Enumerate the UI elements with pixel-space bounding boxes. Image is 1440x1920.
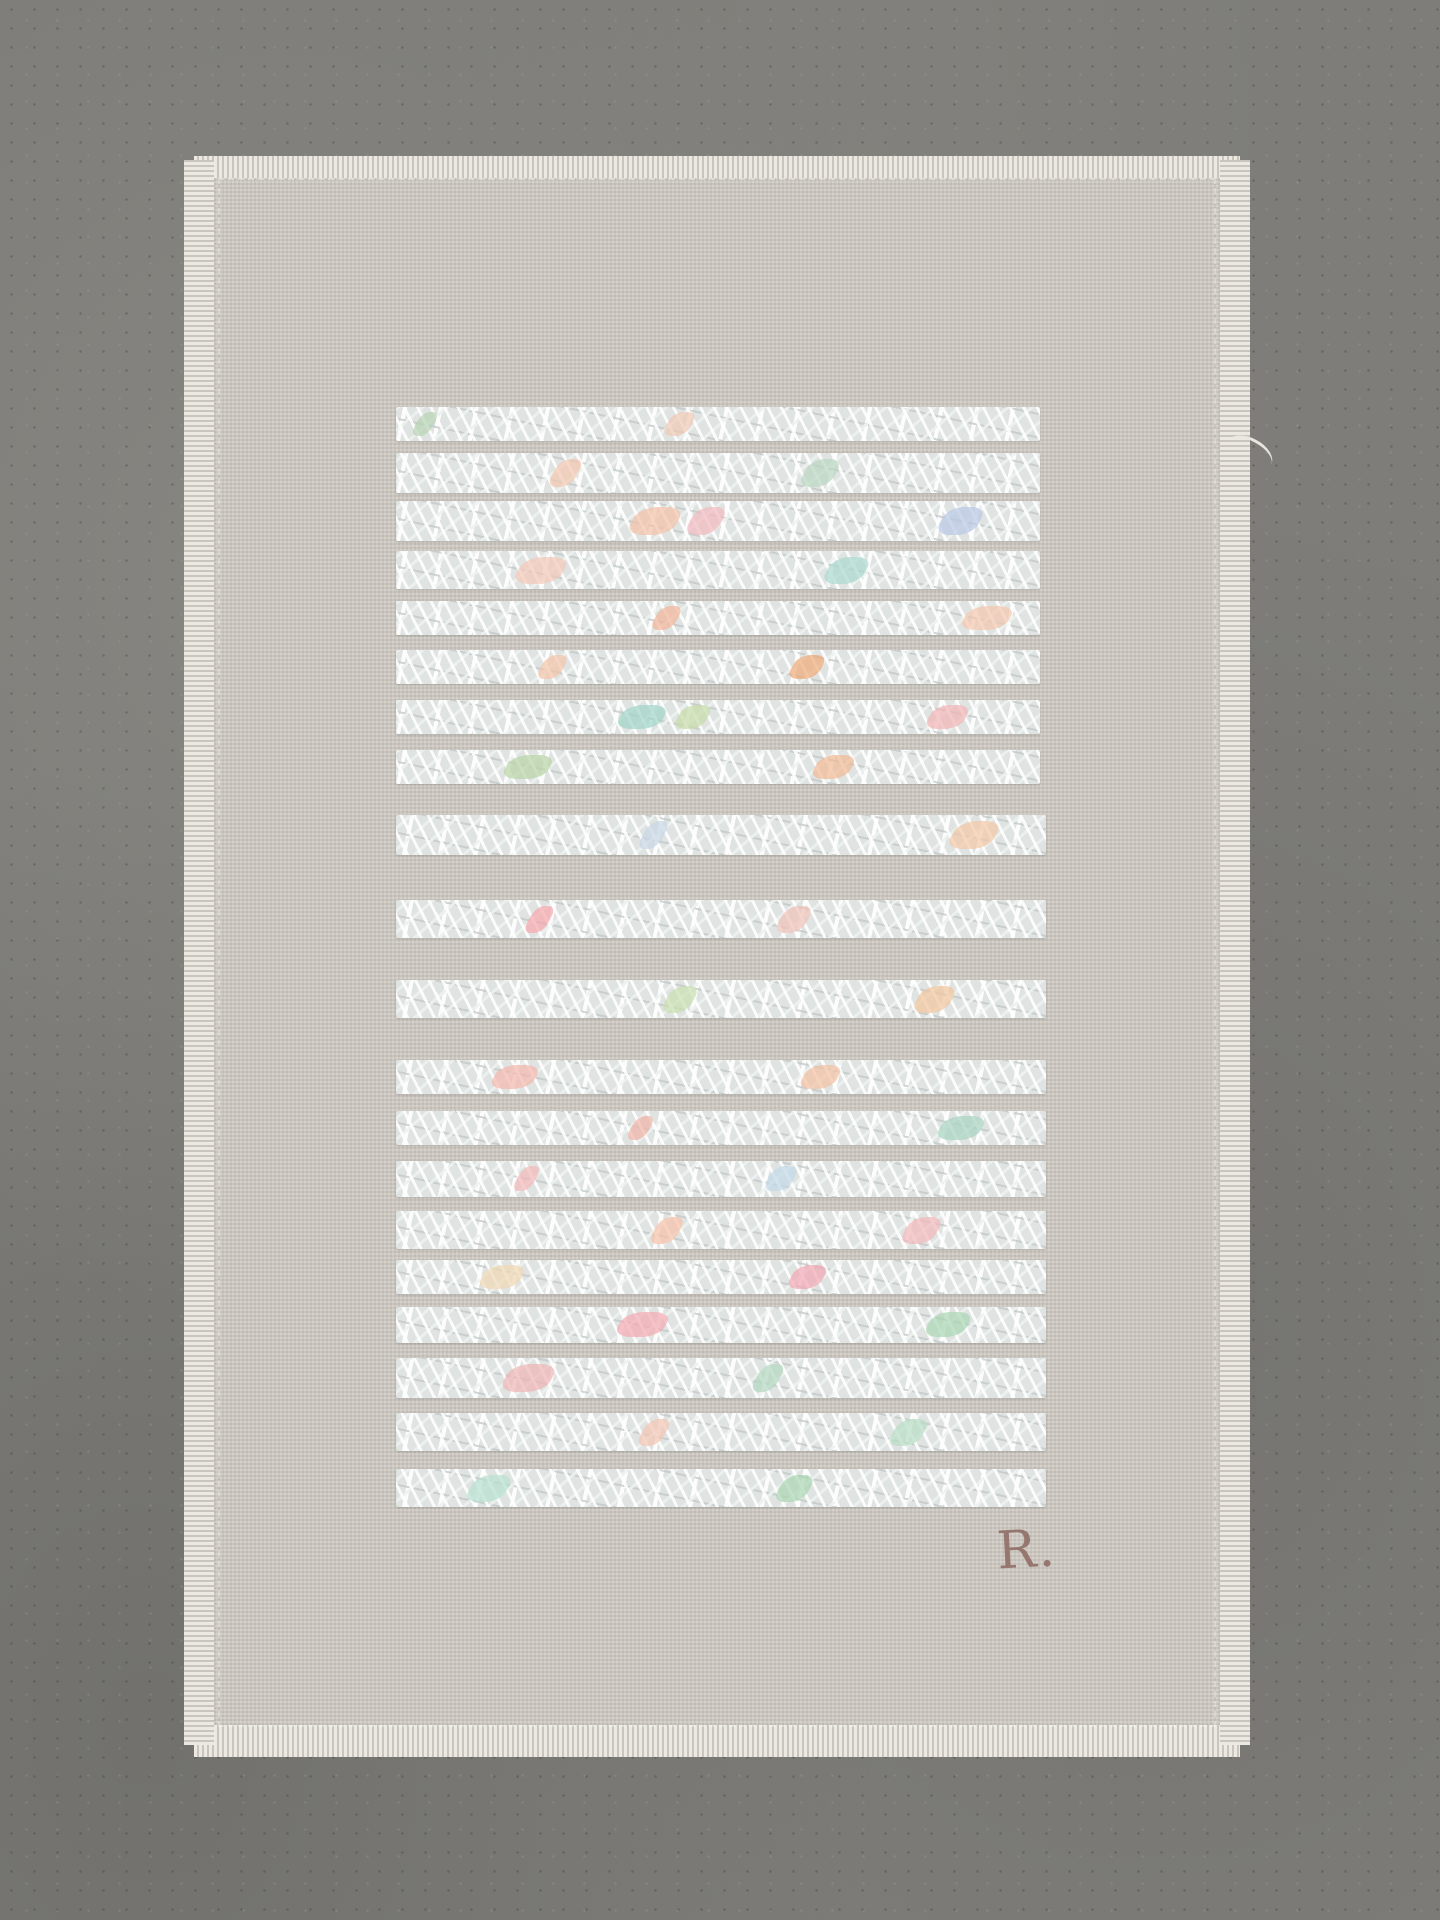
paint-strip bbox=[396, 1161, 1046, 1197]
color-accent bbox=[625, 507, 686, 535]
paint-strip bbox=[396, 601, 1040, 635]
paint-strip bbox=[396, 1358, 1046, 1398]
color-accent bbox=[476, 1265, 529, 1289]
color-accent bbox=[535, 655, 571, 679]
paint-strip bbox=[396, 501, 1040, 541]
paint-strip bbox=[396, 900, 1046, 938]
paint-strip bbox=[396, 1211, 1046, 1249]
paint-strip bbox=[396, 1413, 1046, 1451]
fringe-right bbox=[1220, 160, 1250, 1745]
color-accent bbox=[934, 1116, 989, 1140]
paint-strip bbox=[396, 650, 1040, 684]
paint-strip bbox=[396, 980, 1046, 1018]
color-accent bbox=[511, 557, 571, 584]
color-accent bbox=[647, 1217, 687, 1244]
color-accent bbox=[749, 1364, 788, 1392]
paint-strip bbox=[396, 1260, 1046, 1294]
color-accent bbox=[945, 821, 1004, 849]
color-accent bbox=[672, 705, 715, 729]
paint-strip bbox=[396, 1111, 1046, 1145]
color-accent bbox=[761, 1166, 800, 1191]
color-accent bbox=[786, 655, 829, 679]
paint-strip bbox=[396, 1469, 1046, 1507]
color-accent bbox=[649, 606, 685, 630]
paint-strip bbox=[396, 453, 1040, 493]
fringe-left bbox=[184, 160, 214, 1745]
fringe-top bbox=[194, 156, 1240, 178]
paint-strip bbox=[396, 700, 1040, 734]
color-accent bbox=[785, 1265, 831, 1289]
color-accent bbox=[661, 412, 699, 436]
artist-signature: R. bbox=[995, 1518, 1058, 1581]
color-accent bbox=[921, 1312, 974, 1337]
color-accent bbox=[410, 412, 441, 436]
paint-strip bbox=[396, 815, 1046, 855]
paint-strip bbox=[396, 551, 1040, 589]
paint-strip bbox=[396, 1060, 1046, 1094]
color-accent bbox=[614, 705, 671, 729]
color-accent bbox=[797, 1065, 845, 1089]
color-accent bbox=[612, 1312, 672, 1337]
color-accent bbox=[923, 705, 973, 729]
fringe-bottom bbox=[194, 1725, 1240, 1757]
color-accent bbox=[546, 459, 586, 487]
color-accent bbox=[635, 1419, 673, 1446]
color-accent bbox=[488, 1065, 543, 1089]
color-accent bbox=[910, 986, 959, 1013]
color-accent bbox=[500, 755, 557, 779]
color-accent bbox=[797, 459, 844, 487]
color-accent bbox=[809, 755, 859, 779]
color-accent bbox=[886, 1419, 931, 1446]
color-accent bbox=[773, 906, 815, 933]
color-accent bbox=[934, 507, 988, 535]
color-accent bbox=[463, 1475, 515, 1502]
color-accent bbox=[636, 821, 672, 849]
paint-strip bbox=[396, 1307, 1046, 1343]
paint-strip bbox=[396, 750, 1040, 784]
color-accent bbox=[772, 1475, 817, 1502]
color-accent bbox=[958, 606, 1017, 630]
color-accent bbox=[683, 507, 730, 535]
canvas-textile: R. bbox=[204, 170, 1230, 1735]
paint-strip bbox=[396, 407, 1040, 441]
color-accent bbox=[625, 1116, 657, 1140]
color-accent bbox=[498, 1364, 560, 1392]
color-accent bbox=[522, 906, 557, 933]
color-accent bbox=[510, 1166, 542, 1191]
color-accent bbox=[659, 986, 701, 1013]
color-accent bbox=[820, 557, 873, 584]
color-accent bbox=[898, 1217, 945, 1244]
